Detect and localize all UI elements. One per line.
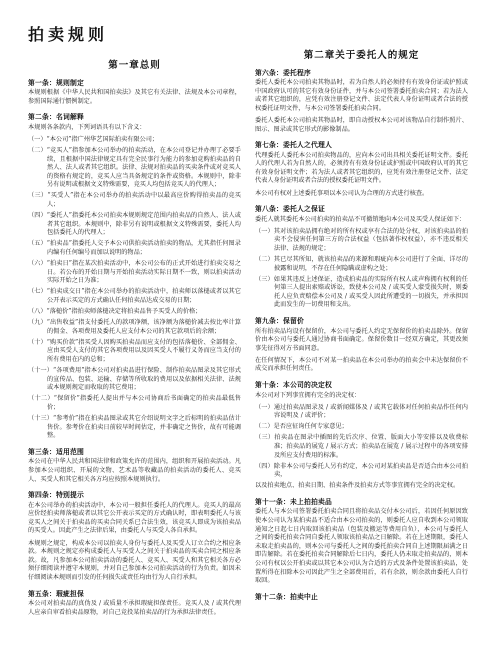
- left-column-blocks: 第一条：规则制定本规则根据《中华人民共和国拍卖法》及其它有关法律、法规及本公司章…: [28, 77, 241, 618]
- paragraph: 在任何情况下，本公司不对某一拍卖品在本公司举办的拍卖会中未达保留价不成交而承担任…: [255, 357, 468, 374]
- paragraph: 本规则根据《中华人民共和国拍卖法》及其它有关法律、法规及本公司章程，参照国际通行…: [28, 89, 241, 106]
- paragraph: 所有拍卖品均设有保留价，本公司与委托人约定无保留价的拍卖品除外。保留价由本公司与…: [255, 328, 468, 354]
- two-column-layout: 第一章总则 第一条：规则制定本规则根据《中华人民共和国拍卖法》及其它有关法律、法…: [28, 46, 468, 621]
- list-item: （二）“竞买人”指参加本公司举办的拍卖活动，在本公司登记并办理了必要手续，且根据…: [28, 147, 241, 190]
- paragraph: 本公司对拍卖品的真伪及 / 或质量不承担瑕疵担保责任。竞买人及 / 或其代理人应…: [28, 600, 241, 617]
- list-item: （五）“拍卖品”指委托人交予本公司供拍卖活动拍卖的物品，尤其指任何图录内编有任何…: [28, 240, 241, 257]
- section-heading: 第五条：瑕疵担保: [28, 588, 241, 598]
- list-item: （十三）“参考价”指在拍卖品图录或其它介绍说明文字之后标明的拍卖品估计售价。参考…: [28, 415, 241, 441]
- section-heading: 第二条：名词解释: [28, 111, 241, 121]
- section-heading: 第九条：保留价: [255, 315, 468, 325]
- list-item: （一）“本公司”指广州华艺国际拍卖有限公司；: [28, 136, 241, 145]
- list-item: （三）“买受人”指在本公司举办的拍卖活动中以最高应价购得拍卖品的竞买人；: [28, 192, 241, 209]
- list-item: （一）其对该拍卖品拥有绝对的所有权或享有合法的处分权，对该拍卖品的拍卖不会侵害任…: [255, 228, 468, 254]
- list-item: （九）“出售收益”指支付委托人的款项净额，该净额为落槌价减去按比率计算的佣金、各…: [28, 319, 241, 336]
- list-item: （三）拍卖品在图录中插图的先后次序、位置、版面大小等安排以及收费标准；拍卖品的展…: [255, 434, 468, 460]
- chapter-heading-consignor-rules: 第二章关于委托人的规定: [255, 47, 468, 61]
- paragraph: 以及拍卖地点、拍卖日期、拍卖条件及拍卖方式等事宜拥有完全的决定权。: [255, 482, 468, 491]
- chapter-heading-general-provisions: 第一章总则: [28, 57, 241, 71]
- list-item: （八）“落槌价”指拍卖师落槌决定将拍卖品售予买受人的价格；: [28, 308, 241, 317]
- section-heading: 第十一条：未上拍拍卖品: [255, 496, 468, 506]
- section-heading: 第四条：特别提示: [28, 489, 241, 499]
- section-heading: 第七条：委托人之代理人: [255, 139, 468, 149]
- left-column: 第一章总则 第一条：规则制定本规则根据《中华人民共和国拍卖法》及其它有关法律、法…: [28, 46, 241, 621]
- list-item: （六）“拍卖日”指在某次拍卖活动中，本公司公布的正式开始进行拍卖交易之日。若公布…: [28, 260, 241, 286]
- list-item: （七）“拍卖成交日”指在本公司举办的拍卖活动中，拍卖师以落槌或者以其它公开表示买…: [28, 288, 241, 305]
- list-item: （十一）“各项费用”指本公司对拍卖品进行保险、制作拍卖品图录及其它形式的宣传品、…: [28, 367, 241, 393]
- list-item: （四）除非本公司与委托人另有约定，本公司对某拍卖品是否适合由本公司拍卖，: [255, 463, 468, 480]
- list-item: （十二）“保留价”指委托人提出并与本公司协商后书面确定的拍卖品最低售价；: [28, 395, 241, 412]
- section-heading: 第八条：委托人之保证: [255, 203, 468, 213]
- section-heading: 第三条：适用范围: [28, 446, 241, 456]
- paragraph: 委托人委托本公司拍卖其物品时，若为自然人的必须持有有效身份证或护照或中国政府认可…: [255, 79, 468, 113]
- paragraph: 本公司在中华人民共和国法律和政策允许的范围内，组织和开展拍卖活动。凡参加本公司组…: [28, 458, 241, 484]
- list-item: （一）通过拍卖品图录及 / 或新闻媒体及 / 或其它载体对任何拍卖品作任何内容说…: [255, 404, 468, 421]
- section-heading: 第一条：规则制定: [28, 77, 241, 87]
- right-column-blocks: 第六条：委托程序委托人委托本公司拍卖其物品时，若为自然人的必须持有有效身份证或护…: [255, 67, 468, 601]
- paragraph: 委托人与本公司签署委托拍卖合同且将拍卖品交付本公司后，若因任何原因致使本公司认为…: [255, 508, 468, 585]
- paragraph: 本规则之规定，构成本公司以拍卖人身份与委托人及买受人订立合约之相应条款。本规则之…: [28, 540, 241, 583]
- list-item: （二）其已尽其所知，就该拍卖品的来源和瑕疵向本公司进行了全面、详尽的披露和说明，…: [255, 256, 468, 273]
- paragraph: 代理委托人委托本公司拍卖物品的，应向本公司出具相关委托证明文件。委托人的代理人若…: [255, 152, 468, 186]
- paragraph: 本公司对下列事宜拥有完全的决定权：: [255, 392, 468, 401]
- list-item: （二）是否应征询任何专家意见；: [255, 423, 468, 432]
- paragraph: 本公司有权对上述委托事项以本公司认为合理的方式进行核查。: [255, 190, 468, 199]
- paragraph: 本规则各条款内，下列词语具有以下含义：: [28, 124, 241, 133]
- document-title: 拍卖规则: [28, 26, 468, 44]
- section-heading: 第十条：本公司的决定权: [255, 379, 468, 389]
- paragraph: 在本公司举办的拍卖活动中，本公司一般担任委托人的代理人。竞买人的最高应价经拍卖师…: [28, 502, 241, 536]
- section-heading: 第十二条：拍卖中止: [255, 591, 468, 601]
- right-column: 第二章关于委托人的规定 第六条：委托程序委托人委托本公司拍卖其物品时，若为自然人…: [255, 46, 468, 621]
- document-page: 拍卖规则 第一章总则 第一条：规则制定本规则根据《中华人民共和国拍卖法》及其它有…: [0, 0, 480, 651]
- section-heading: 第六条：委托程序: [255, 67, 468, 77]
- paragraph: 委托人就其委托本公司拍卖的拍卖品不可撤销地向本公司及买受人保证如下：: [255, 216, 468, 225]
- list-item: （四）“委托人”指委托本公司拍卖本规则规定范围内拍卖品的自然人、法人或者其它组织…: [28, 212, 241, 238]
- list-item: （三）如果其违反上述保证，造成拍卖品的实际所有权人或声称拥有权利的任何第三人提出…: [255, 276, 468, 310]
- list-item: （十）“购买价款”指买受人因购买拍卖品而应支付的包括落槌价、全部佣金、应由买受人…: [28, 339, 241, 365]
- paragraph: 委托人委托本公司拍卖其物品时，即自动授权本公司对该物品自行制作照片、图示、图录或…: [255, 117, 468, 134]
